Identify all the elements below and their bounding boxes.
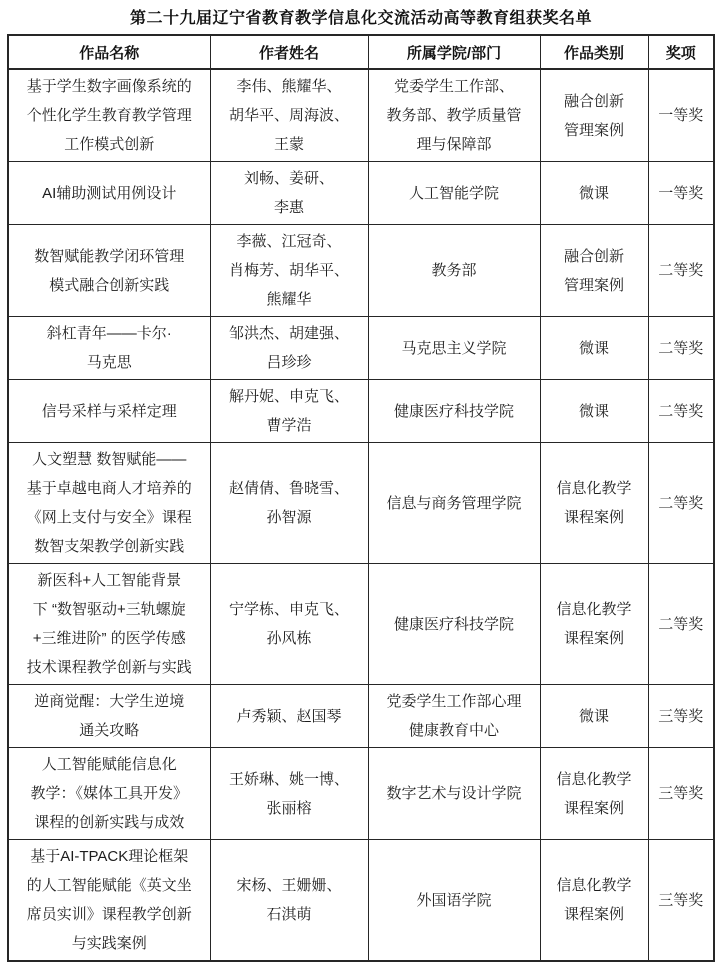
cell-category: 融合创新 管理案例 [540, 69, 648, 162]
cell-category: 融合创新 管理案例 [540, 225, 648, 317]
cell-department: 党委学生工作部、 教务部、教学质量管 理与保障部 [368, 69, 540, 162]
cell-award: 二等奖 [648, 443, 714, 564]
cell-award: 二等奖 [648, 225, 714, 317]
cell-category: 微课 [540, 685, 648, 748]
cell-department: 信息与商务管理学院 [368, 443, 540, 564]
col-header-category: 作品类别 [540, 35, 648, 69]
cell-authors: 李伟、熊耀华、 胡华平、周海波、 王蒙 [210, 69, 368, 162]
cell-authors: 宋杨、王姗姗、 石淇萌 [210, 840, 368, 962]
table-row: 基于学生数字画像系统的 个性化学生教育教学管理 工作模式创新 李伟、熊耀华、 胡… [8, 69, 714, 162]
header-row: 作品名称 作者姓名 所属学院/部门 作品类别 奖项 [8, 35, 714, 69]
cell-work-name: 数智赋能教学闭环管理 模式融合创新实践 [8, 225, 210, 317]
cell-authors: 李薇、江冠奇、 肖梅芳、胡华平、 熊耀华 [210, 225, 368, 317]
page-title: 第二十九届辽宁省教育教学信息化交流活动高等教育组获奖名单 [0, 5, 722, 28]
cell-work-name: 基于AI-TPACK理论框架 的人工智能赋能《英文坐 席员实训》课程教学创新 与… [8, 840, 210, 962]
cell-category: 信息化教学 课程案例 [540, 748, 648, 840]
cell-authors: 邹洪杰、胡建强、 吕珍珍 [210, 317, 368, 380]
cell-authors: 解丹妮、申克飞、 曹学浩 [210, 380, 368, 443]
cell-award: 三等奖 [648, 685, 714, 748]
cell-department: 教务部 [368, 225, 540, 317]
cell-work-name: 基于学生数字画像系统的 个性化学生教育教学管理 工作模式创新 [8, 69, 210, 162]
cell-department: 外国语学院 [368, 840, 540, 962]
cell-award: 三等奖 [648, 840, 714, 962]
col-header-authors: 作者姓名 [210, 35, 368, 69]
col-header-department: 所属学院/部门 [368, 35, 540, 69]
cell-category: 微课 [540, 317, 648, 380]
table-row: 新医科+人工智能背景 下 “数智驱动+三轨螺旋 +三维进阶” 的医学传感 技术课… [8, 564, 714, 685]
cell-department: 马克思主义学院 [368, 317, 540, 380]
cell-authors: 赵倩倩、鲁晓雪、 孙智源 [210, 443, 368, 564]
cell-department: 人工智能学院 [368, 162, 540, 225]
col-header-work-name: 作品名称 [8, 35, 210, 69]
cell-award: 一等奖 [648, 69, 714, 162]
table-row: 逆商觉醒：大学生逆境 通关攻略 卢秀颖、赵国琴 党委学生工作部心理 健康教育中心… [8, 685, 714, 748]
cell-authors: 宁学栋、申克飞、 孙风栋 [210, 564, 368, 685]
document-page: 第二十九届辽宁省教育教学信息化交流活动高等教育组获奖名单 作品名称 作者姓名 所… [0, 0, 722, 962]
cell-category: 信息化教学 课程案例 [540, 840, 648, 962]
table-header: 作品名称 作者姓名 所属学院/部门 作品类别 奖项 [8, 35, 714, 69]
cell-award: 二等奖 [648, 317, 714, 380]
table-row: 人工智能赋能信息化 教学：《媒体工具开发》 课程的创新实践与成效 王娇琳、姚一博… [8, 748, 714, 840]
cell-department: 健康医疗科技学院 [368, 380, 540, 443]
table-row: 信号采样与采样定理 解丹妮、申克飞、 曹学浩 健康医疗科技学院 微课 二等奖 [8, 380, 714, 443]
cell-department: 健康医疗科技学院 [368, 564, 540, 685]
awards-table: 作品名称 作者姓名 所属学院/部门 作品类别 奖项 基于学生数字画像系统的 个性… [7, 34, 715, 962]
cell-category: 微课 [540, 380, 648, 443]
cell-award: 二等奖 [648, 380, 714, 443]
table-row: 斜杠青年——卡尔· 马克思 邹洪杰、胡建强、 吕珍珍 马克思主义学院 微课 二等… [8, 317, 714, 380]
cell-authors: 刘畅、姜研、 李惠 [210, 162, 368, 225]
cell-work-name: 逆商觉醒：大学生逆境 通关攻略 [8, 685, 210, 748]
cell-award: 一等奖 [648, 162, 714, 225]
col-header-award: 奖项 [648, 35, 714, 69]
table-row: 基于AI-TPACK理论框架 的人工智能赋能《英文坐 席员实训》课程教学创新 与… [8, 840, 714, 962]
cell-category: 信息化教学 课程案例 [540, 564, 648, 685]
cell-work-name: 斜杠青年——卡尔· 马克思 [8, 317, 210, 380]
cell-work-name: 新医科+人工智能背景 下 “数智驱动+三轨螺旋 +三维进阶” 的医学传感 技术课… [8, 564, 210, 685]
cell-authors: 卢秀颖、赵国琴 [210, 685, 368, 748]
cell-work-name: 人文塑慧 数智赋能—— 基于卓越电商人才培养的 《网上支付与安全》课程 数智支架… [8, 443, 210, 564]
table-row: 人文塑慧 数智赋能—— 基于卓越电商人才培养的 《网上支付与安全》课程 数智支架… [8, 443, 714, 564]
cell-award: 三等奖 [648, 748, 714, 840]
cell-work-name: 人工智能赋能信息化 教学：《媒体工具开发》 课程的创新实践与成效 [8, 748, 210, 840]
cell-category: 信息化教学 课程案例 [540, 443, 648, 564]
cell-award: 二等奖 [648, 564, 714, 685]
cell-work-name: AI辅助测试用例设计 [8, 162, 210, 225]
cell-department: 党委学生工作部心理 健康教育中心 [368, 685, 540, 748]
cell-department: 数字艺术与设计学院 [368, 748, 540, 840]
cell-work-name: 信号采样与采样定理 [8, 380, 210, 443]
table-body: 基于学生数字画像系统的 个性化学生教育教学管理 工作模式创新 李伟、熊耀华、 胡… [8, 69, 714, 961]
cell-authors: 王娇琳、姚一博、 张丽榕 [210, 748, 368, 840]
table-row: 数智赋能教学闭环管理 模式融合创新实践 李薇、江冠奇、 肖梅芳、胡华平、 熊耀华… [8, 225, 714, 317]
cell-category: 微课 [540, 162, 648, 225]
table-row: AI辅助测试用例设计 刘畅、姜研、 李惠 人工智能学院 微课 一等奖 [8, 162, 714, 225]
